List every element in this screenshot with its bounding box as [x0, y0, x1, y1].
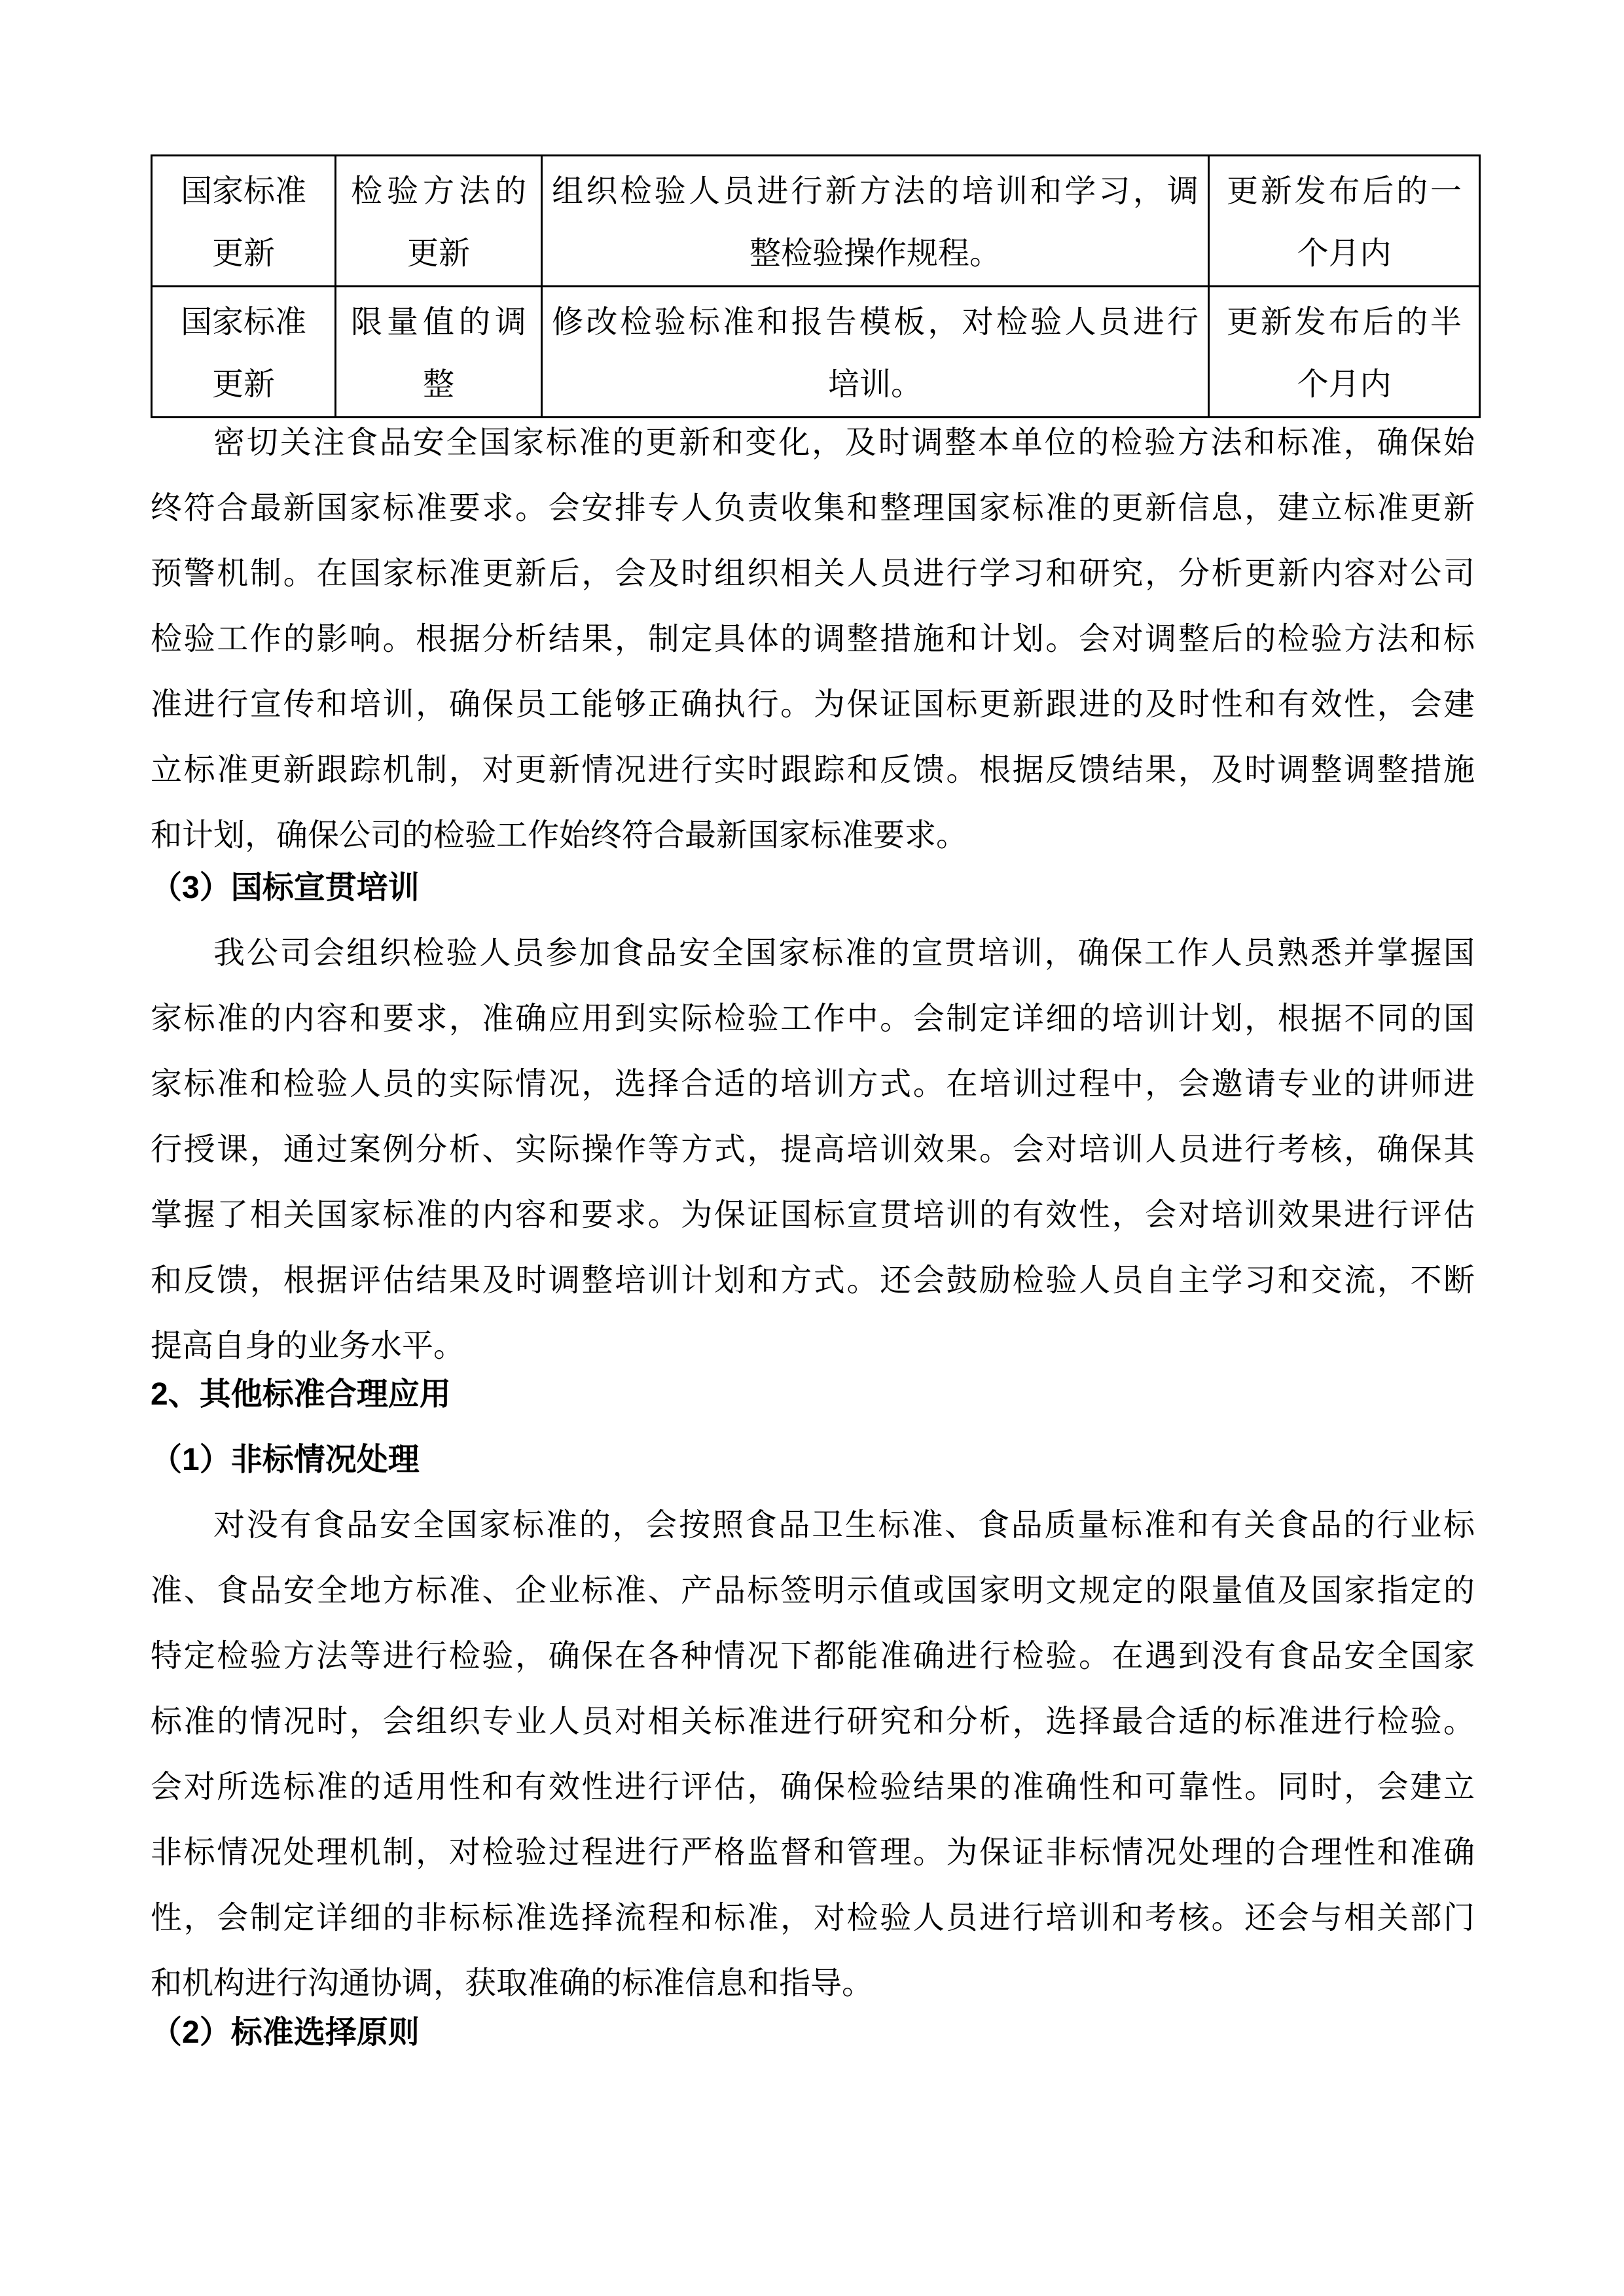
cell-line: 更新	[153, 353, 334, 416]
paragraph-line: 掌握了相关国家标准的内容和要求。为保证国标宣贯培训的有效性，会对培训效果进行评估	[151, 1183, 1475, 1248]
table-cell: 检验方法的更新	[336, 156, 542, 287]
paragraph-line: 准、食品安全地方标准、企业标准、产品标签明示值或国家明文规定的限量值及国家指定的	[151, 1558, 1475, 1624]
cell-line: 个月内	[1210, 353, 1479, 416]
table-row: 国家标准更新限量值的调整修改检验标准和报告模板，对检验人员进行培训。更新发布后的…	[152, 287, 1480, 418]
cell-line: 国家标准	[153, 291, 334, 353]
table-cell: 更新发布后的半个月内	[1209, 287, 1480, 418]
paragraph-line: 和反馈，根据评估结果及时调整培训计划和方式。还会鼓励检验人员自主学习和交流，不断	[151, 1248, 1475, 1314]
cell-line: 限量值的调	[336, 291, 541, 353]
table-cell: 国家标准更新	[152, 156, 336, 287]
cell-line: 整	[336, 353, 541, 416]
paragraph-guobiao-training: 我公司会组织检验人员参加食品安全国家标准的宣贯培训，确保工作人员熟悉并掌握国家标…	[151, 921, 1475, 1379]
paragraph-line: 我公司会组织检验人员参加食品安全国家标准的宣贯培训，确保工作人员熟悉并掌握国	[151, 921, 1475, 986]
paragraph-line: 检验工作的影响。根据分析结果，制定具体的调整措施和计划。会对调整后的检验方法和标	[151, 607, 1475, 672]
table-cell: 更新发布后的一个月内	[1209, 156, 1480, 287]
paragraph-nonstandard-handling: 对没有食品安全国家标准的，会按照食品卫生标准、食品质量标准和有关食品的行业标准、…	[151, 1493, 1475, 2017]
heading-nonstandard-handling: （1）非标情况处理	[151, 1427, 1475, 1493]
document-page: 国家标准更新检验方法的更新组织检验人员进行新方法的培训和学习，调整检验操作规程。…	[0, 0, 1624, 2296]
table-cell: 组织检验人员进行新方法的培训和学习，调整检验操作规程。	[542, 156, 1209, 287]
table-cell: 限量值的调整	[336, 287, 542, 418]
cell-line: 更新	[153, 223, 334, 285]
paragraph-line: 终符合最新国家标准要求。会安排专人负责收集和整理国家标准的更新信息，建立标准更新	[151, 476, 1475, 541]
paragraph-line: 家标准和检验人员的实际情况，选择合适的培训方式。在培训过程中，会邀请专业的讲师进	[151, 1052, 1475, 1117]
paragraph-line: 特定检验方法等进行检验，确保在各种情况下都能准确进行检验。在遇到没有食品安全国家	[151, 1624, 1475, 1689]
cell-line: 更新发布后的半	[1210, 291, 1479, 353]
paragraph-line: 密切关注食品安全国家标准的更新和变化，及时调整本单位的检验方法和标准，确保始	[151, 410, 1475, 476]
table-cell: 国家标准更新	[152, 287, 336, 418]
cell-line: 整检验操作规程。	[543, 223, 1208, 285]
paragraph-line: 性，会制定详细的非标标准选择流程和标准，对检验人员进行培训和考核。还会与相关部门	[151, 1886, 1475, 1951]
heading-other-standards: 2、其他标准合理应用	[151, 1362, 1475, 1427]
table-row: 国家标准更新检验方法的更新组织检验人员进行新方法的培训和学习，调整检验操作规程。…	[152, 156, 1480, 287]
paragraph-line: 立标准更新跟踪机制，对更新情况进行实时跟踪和反馈。根据反馈结果，及时调整调整措施	[151, 738, 1475, 803]
cell-line: 更新	[336, 223, 541, 285]
paragraph-line: 标准的情况时，会组织专业人员对相关标准进行研究和分析，选择最合适的标准进行检验。	[151, 1689, 1475, 1755]
cell-line: 国家标准	[153, 160, 334, 223]
table-cell: 修改检验标准和报告模板，对检验人员进行培训。	[542, 287, 1209, 418]
paragraph-line: 准进行宣传和培训，确保员工能够正确执行。为保证国标更新跟进的及时性和有效性，会建	[151, 672, 1475, 738]
paragraph-line: 行授课，通过案例分析、实际操作等方式，提高培训效果。会对培训人员进行考核，确保其	[151, 1117, 1475, 1183]
paragraph-standard-update-tracking: 密切关注食品安全国家标准的更新和变化，及时调整本单位的检验方法和标准，确保始终符…	[151, 410, 1475, 869]
cell-line: 组织检验人员进行新方法的培训和学习，调	[543, 160, 1208, 223]
standards-table: 国家标准更新检验方法的更新组织检验人员进行新方法的培训和学习，调整检验操作规程。…	[151, 154, 1481, 418]
paragraph-line: 家标准的内容和要求，准确应用到实际检验工作中。会制定详细的培训计划，根据不同的国	[151, 986, 1475, 1052]
cell-line: 培训。	[543, 353, 1208, 416]
document-sections: 密切关注食品安全国家标准的更新和变化，及时调整本单位的检验方法和标准，确保始终符…	[151, 410, 1475, 2066]
cell-line: 个月内	[1210, 223, 1479, 285]
paragraph-line: 非标情况处理机制，对检验过程进行严格监督和管理。为保证非标情况处理的合理性和准确	[151, 1820, 1475, 1886]
cell-line: 修改检验标准和报告模板，对检验人员进行	[543, 291, 1208, 353]
paragraph-line: 会对所选标准的适用性和有效性进行评估，确保检验结果的准确性和可靠性。同时，会建立	[151, 1755, 1475, 1820]
paragraph-line: 预警机制。在国家标准更新后，会及时组织相关人员进行学习和研究，分析更新内容对公司	[151, 541, 1475, 607]
document-content: 国家标准更新检验方法的更新组织检验人员进行新方法的培训和学习，调整检验操作规程。…	[151, 154, 1475, 2066]
cell-line: 更新发布后的一	[1210, 160, 1479, 223]
cell-line: 检验方法的	[336, 160, 541, 223]
paragraph-line: 对没有食品安全国家标准的，会按照食品卫生标准、食品质量标准和有关食品的行业标	[151, 1493, 1475, 1558]
